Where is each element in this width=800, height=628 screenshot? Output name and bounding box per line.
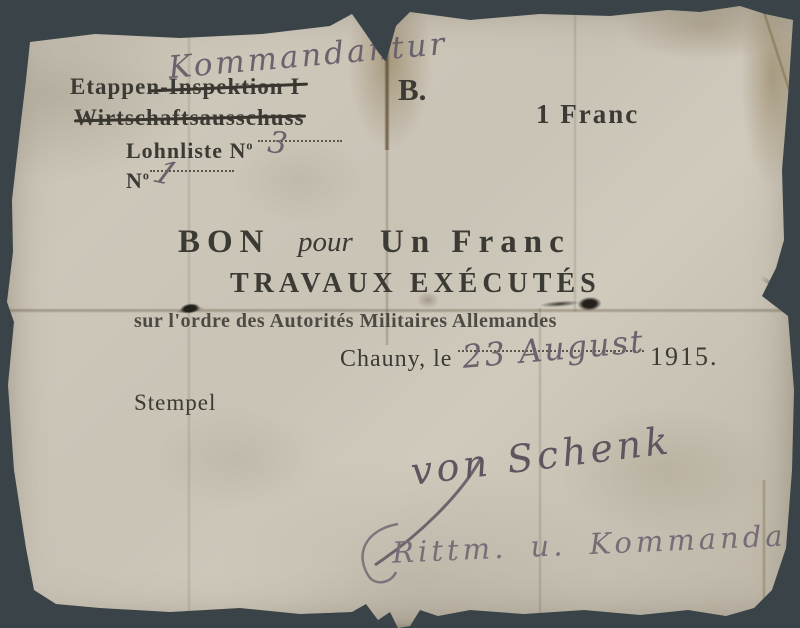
right-edge-tear-mark <box>760 275 791 296</box>
photo-background: Kommandantur Etappen-Inspektion I Wirtsc… <box>0 0 800 628</box>
title-pour: pour <box>298 226 353 259</box>
banknote-paper: Kommandantur Etappen-Inspektion I Wirtsc… <box>0 0 800 628</box>
lohnliste-label: Lohnliste No <box>126 138 252 164</box>
signature-handwritten: von Schenk <box>408 418 674 494</box>
place-label: Chauny, le <box>340 346 452 373</box>
number-label-text: N <box>126 168 143 193</box>
dept-line-1-struck-part: Inspektion I <box>169 74 301 99</box>
denomination: 1 Franc <box>536 99 639 130</box>
signature-title-handwritten: Rittm. u. Kommandant. <box>391 516 800 569</box>
lohnliste-ordinal: o <box>246 139 252 153</box>
number-ordinal: o <box>143 169 149 183</box>
number-label: No <box>126 168 149 194</box>
authority-line: sur l'ordre des Autorités Militaires All… <box>134 310 557 333</box>
dept-line-1-prefix: Etappen- <box>70 74 169 99</box>
lohnliste-label-text: Lohnliste N <box>126 138 246 163</box>
subtitle: TRAVAUX EXÉCUTÉS <box>230 268 601 300</box>
stamp-label: Stempel <box>134 390 216 416</box>
top-right-corner-crease <box>758 0 800 148</box>
title-line: BON pour Un Franc <box>0 224 800 264</box>
title-un-franc: Un Franc <box>380 224 571 261</box>
year: 1915. <box>650 342 719 372</box>
right-quarter-fold-line <box>573 0 577 312</box>
title-bon: BON <box>178 224 271 261</box>
lohnliste-value-handwritten: 3 <box>266 125 290 162</box>
dept-line-1: Etappen-Inspektion I <box>70 74 300 100</box>
series-letter: B. <box>398 72 426 108</box>
